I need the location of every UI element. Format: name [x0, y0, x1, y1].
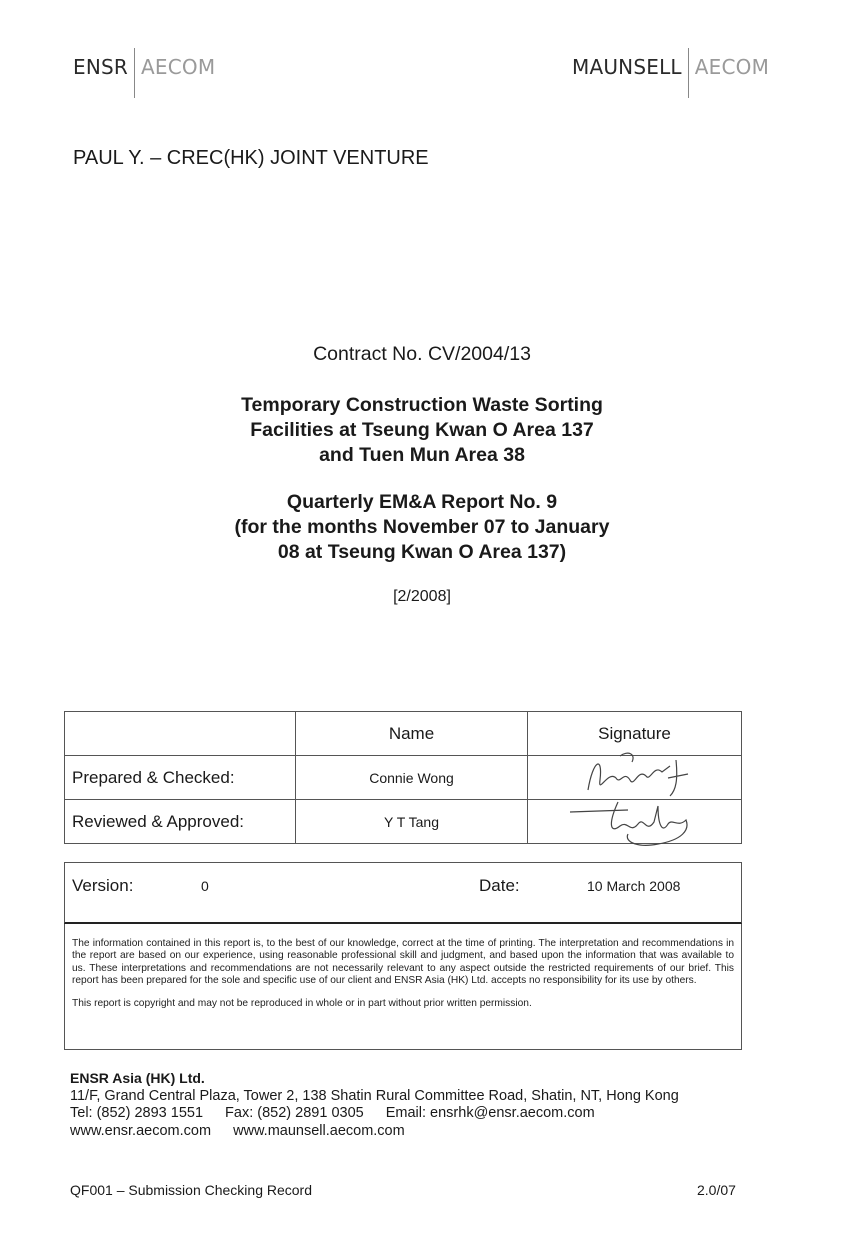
report-title-line: 08 at Tseung Kwan O Area 137) — [0, 540, 844, 565]
disclaimer-box: The information contained in this report… — [64, 924, 742, 1050]
disclaimer-text: The information contained in this report… — [72, 938, 734, 988]
company-address: 11/F, Grand Central Plaza, Tower 2, 138 … — [70, 1088, 679, 1106]
signature-cell — [528, 756, 742, 800]
version-label: Version: — [72, 876, 133, 896]
version-value: 0 — [201, 878, 209, 894]
form-reference: QF001 – Submission Checking Record — [70, 1182, 312, 1198]
company-website-ensr: www.ensr.aecom.com — [70, 1123, 211, 1139]
company-fax: Fax: (852) 2891 0305 — [225, 1105, 364, 1121]
logo-divider — [134, 48, 135, 98]
company-websites: www.ensr.aecom.com www.maunsell.aecom.co… — [70, 1123, 679, 1141]
copyright-text: This report is copyright and may not be … — [72, 998, 734, 1010]
date-label: Date: — [479, 876, 520, 896]
company-details: ENSR Asia (HK) Ltd. 11/F, Grand Central … — [70, 1070, 679, 1140]
table-row: Reviewed & Approved: Y T Tang — [65, 800, 742, 844]
table-header-row: Name Signature — [65, 712, 742, 756]
header-cell-name: Name — [296, 712, 528, 756]
report-title-line: Quarterly EM&A Report No. 9 — [0, 490, 844, 515]
logo-divider — [688, 48, 689, 98]
company-website-maunsell: www.maunsell.aecom.com — [233, 1123, 405, 1139]
contract-number: Contract No. CV/2004/13 — [0, 343, 844, 366]
signature-icon — [558, 794, 708, 854]
report-date-code: [2/2008] — [0, 588, 844, 606]
company-name: ENSR Asia (HK) Ltd. — [70, 1070, 679, 1088]
logo-aecom-text: AECOM — [141, 55, 215, 79]
maunsell-aecom-logo: MAUNSELL AECOM — [572, 42, 769, 92]
header-cell-empty — [65, 712, 296, 756]
logo-maunsell-text: MAUNSELL — [572, 55, 682, 79]
report-title: Quarterly EM&A Report No. 9 (for the mon… — [0, 490, 844, 565]
signoff-table: Name Signature Prepared & Checked: Conni… — [64, 711, 742, 844]
project-title-line: Temporary Construction Waste Sorting — [0, 393, 844, 418]
project-title-line: Facilities at Tseung Kwan O Area 137 — [0, 418, 844, 443]
table-row: Prepared & Checked: Connie Wong — [65, 756, 742, 800]
role-cell: Prepared & Checked: — [65, 756, 296, 800]
client-name: PAUL Y. – CREC(HK) JOINT VENTURE — [73, 147, 429, 170]
company-contacts: Tel: (852) 2893 1551 Fax: (852) 2891 030… — [70, 1105, 679, 1123]
logo-aecom-text: AECOM — [695, 55, 769, 79]
ensr-aecom-logo: ENSR AECOM — [73, 42, 215, 92]
project-title-line: and Tuen Mun Area 38 — [0, 443, 844, 468]
header-cell-signature: Signature — [528, 712, 742, 756]
form-revision: 2.0/07 — [697, 1182, 736, 1198]
company-email: Email: ensrhk@ensr.aecom.com — [386, 1105, 595, 1121]
date-value: 10 March 2008 — [587, 878, 680, 894]
company-tel: Tel: (852) 2893 1551 — [70, 1105, 203, 1121]
role-cell: Reviewed & Approved: — [65, 800, 296, 844]
name-cell: Y T Tang — [296, 800, 528, 844]
logo-ensr-text: ENSR — [73, 55, 128, 79]
report-title-line: (for the months November 07 to January — [0, 515, 844, 540]
project-title: Temporary Construction Waste Sorting Fac… — [0, 393, 844, 468]
signature-cell — [528, 800, 742, 844]
version-box: Version: 0 Date: 10 March 2008 — [64, 862, 742, 924]
name-cell: Connie Wong — [296, 756, 528, 800]
